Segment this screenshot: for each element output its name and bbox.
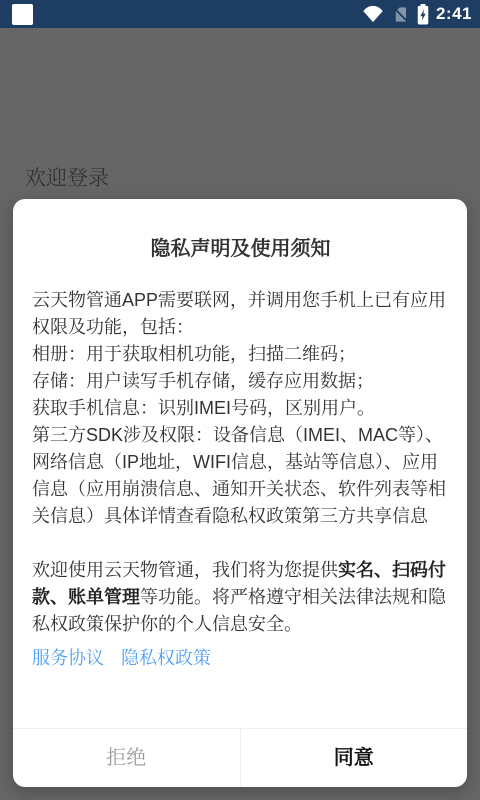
permissions-paragraph: 云天物管通APP需要联网，并调用您手机上已有应用权限及功能，包括： 相册：用于获…	[32, 287, 449, 530]
no-sim-icon	[391, 5, 410, 24]
status-bar: 2:41	[0, 0, 480, 28]
page-title: 欢迎登录	[25, 162, 109, 192]
status-time: 2:41	[436, 4, 472, 24]
dialog-title: 隐私声明及使用须知	[32, 235, 449, 263]
welcome-paragraph: 欢迎使用云天物管通，我们将为您提供实名、扫码付款、账单管理等功能。将严格遵守相关…	[32, 557, 449, 638]
service-agreement-link[interactable]: 服务协议	[32, 645, 104, 672]
wifi-icon	[362, 5, 384, 23]
privacy-dialog: 隐私声明及使用须知 云天物管通APP需要联网，并调用您手机上已有应用权限及功能，…	[13, 199, 467, 787]
privacy-policy-link[interactable]: 隐私权政策	[121, 645, 211, 672]
policy-links-row: 服务协议 隐私权政策	[32, 645, 449, 672]
dialog-actions: 拒绝 同意	[13, 728, 467, 787]
agree-button[interactable]: 同意	[241, 729, 468, 787]
dimmed-login-page: 欢迎登录 隐私声明及使用须知 云天物管通APP需要联网，并调用您手机上已有应用权…	[0, 28, 480, 800]
dialog-body: 隐私声明及使用须知 云天物管通APP需要联网，并调用您手机上已有应用权限及功能，…	[13, 199, 467, 728]
notification-square-icon	[12, 4, 33, 25]
reject-button[interactable]: 拒绝	[13, 729, 241, 787]
welcome-paragraph-part1: 欢迎使用云天物管通，我们将为您提供	[32, 560, 338, 580]
battery-charging-icon	[417, 4, 429, 25]
